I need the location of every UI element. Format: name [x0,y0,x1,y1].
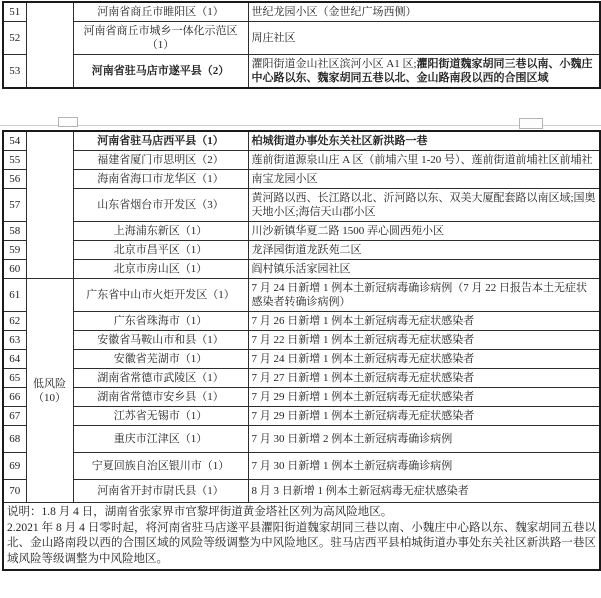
row-number: 57 [3,189,26,222]
detail-cell: 灈阳街道金山社区滨河小区 A1 区;灈阳街道魏家胡同三巷以南、小魏庄中心路以东、… [248,55,600,89]
table-row: 60北京市房山区（1）阎村镇乐活家园社区 [3,260,600,279]
region-cell: 海南省海口市龙华区（1） [73,170,248,189]
region-cell: 河南省商丘市城乡一体化示范区（1） [73,22,248,55]
region-cell: 湖南省常德市安乡县（1） [73,388,248,407]
table-split-handle-right [519,118,543,129]
region-cell: 安徽省马鞍山市和县（1） [73,331,248,350]
detail-cell: 世纪龙园小区（金世纪广场西侧） [248,2,600,22]
note-line: 说明：1.8 月 4 日，湖南省张家界市官黎坪街道黄金塔社区列为高风险地区。 [7,505,596,521]
detail-cell: 川沙新镇华夏二路 1500 弄心圆西苑小区 [248,222,600,241]
detail-text: 7 月 30 日新增 2 例本土新冠病毒确诊病例 [252,433,453,445]
detail-text: 7 月 24 日新增 1 例本土新冠病毒确诊病例（7 月 22 日报告本土无症状… [252,282,588,308]
table-row: 52河南省商丘市城乡一体化示范区（1）周庄社区 [3,22,600,55]
region-cell: 河南省驻马店市遂平县（2） [73,55,248,89]
detail-cell: 莲前街道源泉山庄 A 区（前埔六里 1-20 号）、莲前街道前埔社区前埔社 [248,151,600,170]
region-cell: 安徽省芜湖市（1） [73,350,248,369]
detail-cell: 黄河路以西、长江路以北、沂河路以东、双美大厦配套路以南区域;国奥天地小区;海信天… [248,189,600,222]
table-row: 64安徽省芜湖市（1）7 月 24 日新增 1 例本土新冠病毒无症状感染者 [3,350,600,369]
region-cell: 广东省中山市火炬开发区（1） [73,279,248,312]
region-cell: 广东省珠海市（1） [73,312,248,331]
table-row: 67江苏省无锡市（1）7 月 29 日新增 1 例本土新冠病毒无症状感染者 [3,407,600,426]
detail-text: 8 月 3 日新增 1 例本土新冠病毒无症状感染者 [252,485,469,497]
table-row: 70河南省开封市尉氏县（1）8 月 3 日新增 1 例本土新冠病毒无症状感染者 [3,480,600,503]
region-cell: 福建省厦门市思明区（2） [73,151,248,170]
region-cell: 河南省驻马店西平县（1） [73,131,248,151]
region-cell: 河南省开封市尉氏县（1） [73,480,248,503]
table-row: 51河南省商丘市睢阳区（1）世纪龙园小区（金世纪广场西侧） [3,2,600,22]
detail-text: 7 月 29 日新增 1 例本土新冠病毒无症状感染者 [252,410,475,422]
region-cell: 北京市昌平区（1） [73,241,248,260]
detail-text: 南宝龙园小区 [252,173,318,185]
detail-cell: 龙泽园街道龙跃苑二区 [248,241,600,260]
row-number: 53 [3,55,26,89]
row-number: 52 [3,22,26,55]
table-row: 53河南省驻马店市遂平县（2）灈阳街道金山社区滨河小区 A1 区;灈阳街道魏家胡… [3,55,600,89]
detail-text: 龙泽园街道龙跃苑二区 [252,244,362,256]
row-number: 51 [3,2,26,22]
detail-cell: 7 月 24 日新增 1 例本土新冠病毒确诊病例（7 月 22 日报告本土无症状… [248,279,600,312]
detail-cell: 7 月 24 日新增 1 例本土新冠病毒无症状感染者 [248,350,600,369]
detail-cell: 周庄社区 [248,22,600,55]
note-line: 2.2021 年 8 月 4 日零时起，将河南省驻马店遂平县灈阳街道魏家胡同三巷… [7,521,596,568]
table-split-handle-left [58,117,78,127]
detail-text: 莲前街道源泉山庄 A 区（前埔六里 1-20 号）、莲前街道前埔社区前埔社 [252,154,593,166]
detail-text: 7 月 29 日新增 1 例本土新冠病毒无症状感染者 [252,391,475,403]
detail-text: 灈阳街道金山社区滨河小区 A1 区; [252,58,417,70]
notes-cell: 说明：1.8 月 4 日，湖南省张家界市官黎坪街道黄金塔社区列为高风险地区。2.… [3,503,600,571]
risk-category-cell [26,131,73,279]
detail-text: 阎村镇乐活家园社区 [252,263,351,275]
row-number: 60 [3,260,26,279]
row-number: 68 [3,426,26,453]
region-cell: 河南省商丘市睢阳区（1） [73,2,248,22]
document-page: 51河南省商丘市睢阳区（1）世纪龙园小区（金世纪广场西侧）52河南省商丘市城乡一… [0,0,601,598]
row-number: 55 [3,151,26,170]
risk-table-lower: 54河南省驻马店西平县（1）柏城街道办事处东关社区新洪路一巷55福建省厦门市思明… [2,130,601,571]
risk-table-lower-body: 54河南省驻马店西平县（1）柏城街道办事处东关社区新洪路一巷55福建省厦门市思明… [3,131,600,570]
table-row: 55福建省厦门市思明区（2）莲前街道源泉山庄 A 区（前埔六里 1-20 号）、… [3,151,600,170]
region-cell: 山东省烟台市开发区（3） [73,189,248,222]
table-row: 57山东省烟台市开发区（3）黄河路以西、长江路以北、沂河路以东、双美大厦配套路以… [3,189,600,222]
region-cell: 江苏省无锡市（1） [73,407,248,426]
detail-cell: 柏城街道办事处东关社区新洪路一巷 [248,131,600,151]
row-number: 56 [3,170,26,189]
detail-text: 黄河路以西、长江路以北、沂河路以东、双美大厦配套路以南区域;国奥天地小区;海信天… [252,192,596,218]
detail-text: 7 月 22 日新增 1 例本土新冠病毒无症状感染者 [252,334,475,346]
row-number: 67 [3,407,26,426]
row-number: 54 [3,131,26,151]
table-row: 59北京市昌平区（1）龙泽园街道龙跃苑二区 [3,241,600,260]
row-number: 64 [3,350,26,369]
table-row: 68重庆市江津区（1）7 月 30 日新增 2 例本土新冠病毒确诊病例 [3,426,600,453]
table-row: 62广东省珠海市（1）7 月 26 日新增 1 例本土新冠病毒无症状感染者 [3,312,600,331]
risk-table-upper-body: 51河南省商丘市睢阳区（1）世纪龙园小区（金世纪广场西侧）52河南省商丘市城乡一… [3,2,600,88]
detail-cell: 7 月 29 日新增 1 例本土新冠病毒无症状感染者 [248,407,600,426]
row-number: 59 [3,241,26,260]
detail-text: 7 月 26 日新增 1 例本土新冠病毒无症状感染者 [252,315,475,327]
table-row: 66湖南省常德市安乡县（1）7 月 29 日新增 1 例本土新冠病毒无症状感染者 [3,388,600,407]
detail-text: 7 月 24 日新增 1 例本土新冠病毒无症状感染者 [252,353,475,365]
detail-text: 周庄社区 [252,32,296,44]
risk-category-cell: 低风险（10） [26,279,73,503]
risk-category-cell [26,2,73,88]
table-row: 54河南省驻马店西平县（1）柏城街道办事处东关社区新洪路一巷 [3,131,600,151]
region-cell: 宁夏回族自治区银川市（1） [73,453,248,480]
region-cell: 北京市房山区（1） [73,260,248,279]
table-row: 69宁夏回族自治区银川市（1）7 月 30 日新增 1 例本土新冠病毒确诊病例 [3,453,600,480]
row-number: 69 [3,453,26,480]
table-row: 58上海浦东新区（1）川沙新镇华夏二路 1500 弄心圆西苑小区 [3,222,600,241]
detail-text: 7 月 30 日新增 1 例本土新冠病毒确诊病例 [252,460,453,472]
detail-cell: 7 月 26 日新增 1 例本土新冠病毒无症状感染者 [248,312,600,331]
detail-cell: 8 月 3 日新增 1 例本土新冠病毒无症状感染者 [248,480,600,503]
region-cell: 湖南省常德市武陵区（1） [73,369,248,388]
notes-row: 说明：1.8 月 4 日，湖南省张家界市官黎坪街道黄金塔社区列为高风险地区。2.… [3,503,600,571]
row-number: 66 [3,388,26,407]
risk-table-upper: 51河南省商丘市睢阳区（1）世纪龙园小区（金世纪广场西侧）52河南省商丘市城乡一… [2,1,601,89]
detail-text: 柏城街道办事处东关社区新洪路一巷 [252,135,428,147]
row-number: 61 [3,279,26,312]
detail-text: 世纪龙园小区（金世纪广场西侧） [252,6,417,18]
row-number: 65 [3,369,26,388]
detail-cell: 7 月 27 日新增 1 例本土新冠病毒无症状感染者 [248,369,600,388]
row-number: 62 [3,312,26,331]
page-boundary-line [0,125,601,126]
detail-cell: 7 月 29 日新增 1 例本土新冠病毒无症状感染者 [248,388,600,407]
detail-cell: 阎村镇乐活家园社区 [248,260,600,279]
detail-text: 7 月 27 日新增 1 例本土新冠病毒无症状感染者 [252,372,475,384]
detail-text: 川沙新镇华夏二路 1500 弄心圆西苑小区 [252,225,445,237]
detail-cell: 7 月 22 日新增 1 例本土新冠病毒无症状感染者 [248,331,600,350]
detail-cell: 7 月 30 日新增 1 例本土新冠病毒确诊病例 [248,453,600,480]
row-number: 63 [3,331,26,350]
row-number: 70 [3,480,26,503]
detail-cell: 南宝龙园小区 [248,170,600,189]
table-row: 61低风险（10）广东省中山市火炬开发区（1）7 月 24 日新增 1 例本土新… [3,279,600,312]
table-row: 56海南省海口市龙华区（1）南宝龙园小区 [3,170,600,189]
table-row: 63安徽省马鞍山市和县（1）7 月 22 日新增 1 例本土新冠病毒无症状感染者 [3,331,600,350]
table-row: 65湖南省常德市武陵区（1）7 月 27 日新增 1 例本土新冠病毒无症状感染者 [3,369,600,388]
detail-cell: 7 月 30 日新增 2 例本土新冠病毒确诊病例 [248,426,600,453]
region-cell: 上海浦东新区（1） [73,222,248,241]
row-number: 58 [3,222,26,241]
region-cell: 重庆市江津区（1） [73,426,248,453]
